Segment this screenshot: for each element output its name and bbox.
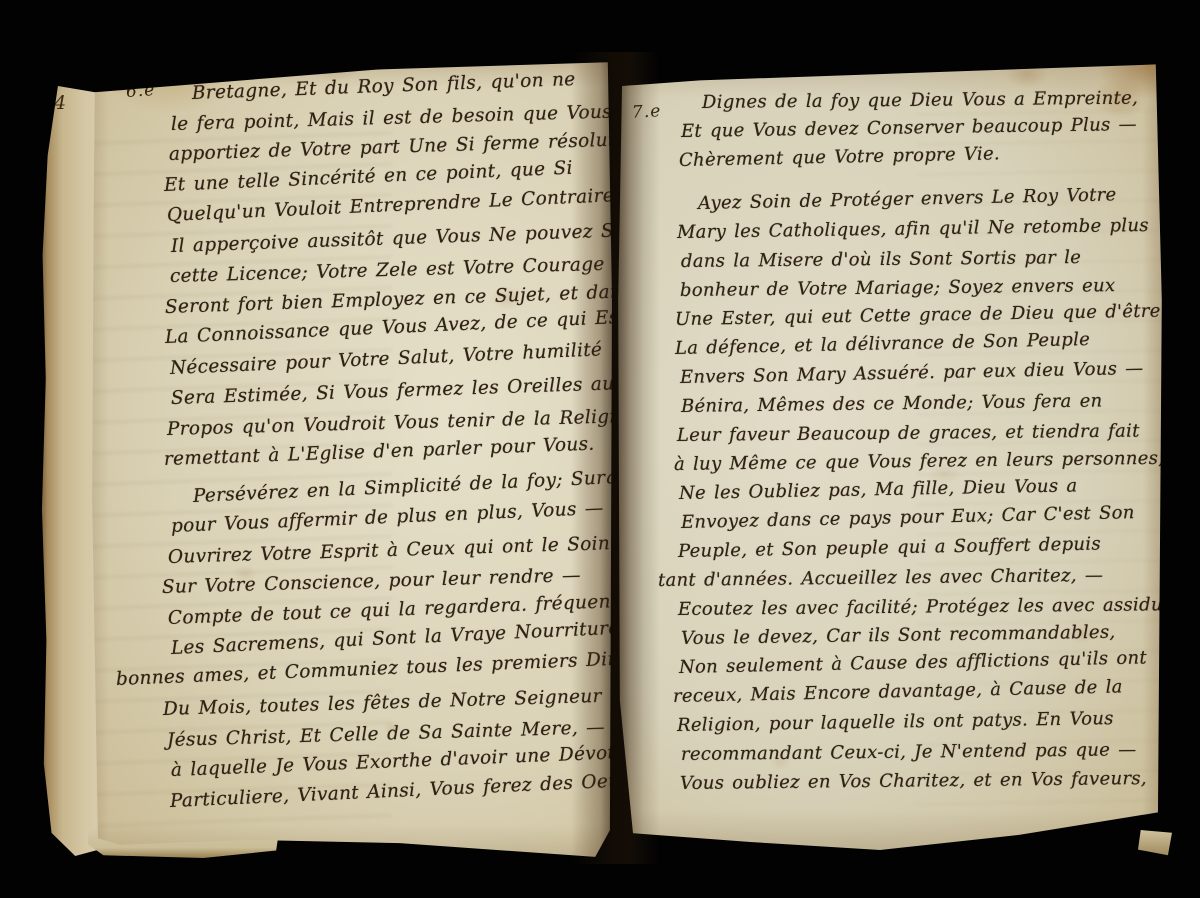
photo-scene: 4 6.e Bretagne, Et du Roy Son fils, qu'o…	[0, 0, 1200, 898]
right-page-text: Dignes de la foy que Dieu Vous a Emprein…	[662, 88, 1160, 798]
manuscript-paragraph: Bretagne, Et du Roy Son fils, qu'on nele…	[152, 79, 606, 476]
left-page-text: Bretagne, Et du Roy Son fils, qu'on nele…	[152, 79, 606, 817]
manuscript-book: 4 6.e Bretagne, Et du Roy Son fils, qu'o…	[0, 0, 1200, 898]
page-marker-right: 7.e	[631, 101, 661, 123]
manuscript-line: Bénira, Mêmes des ce Monde; Vous fera en	[680, 386, 1160, 421]
manuscript-paragraph: Dignes de la foy que Dieu Vous a Emprein…	[662, 88, 1160, 175]
stack-page-number: 4	[54, 92, 66, 114]
manuscript-line: Vous oubliez en Vos Charitez, et en Vos …	[680, 764, 1160, 798]
left-page: 6.e Bretagne, Et du Roy Son fils, qu'on …	[88, 55, 612, 865]
right-page: 7.e Dignes de la foy que Dieu Vous a Emp…	[616, 58, 1164, 858]
page-edge-bottom-right	[1138, 830, 1172, 858]
manuscript-line: Mary les Catholiques, afin qu'il Ne reto…	[677, 211, 1161, 247]
manuscript-paragraph: Ayez Soin de Protéger envers Le Roy Votr…	[662, 189, 1160, 798]
manuscript-paragraph: Persévérez en la Simplicité de la foy; S…	[152, 482, 606, 818]
manuscript-line: tant d'années. Accueillez les avec Chari…	[658, 560, 1160, 595]
